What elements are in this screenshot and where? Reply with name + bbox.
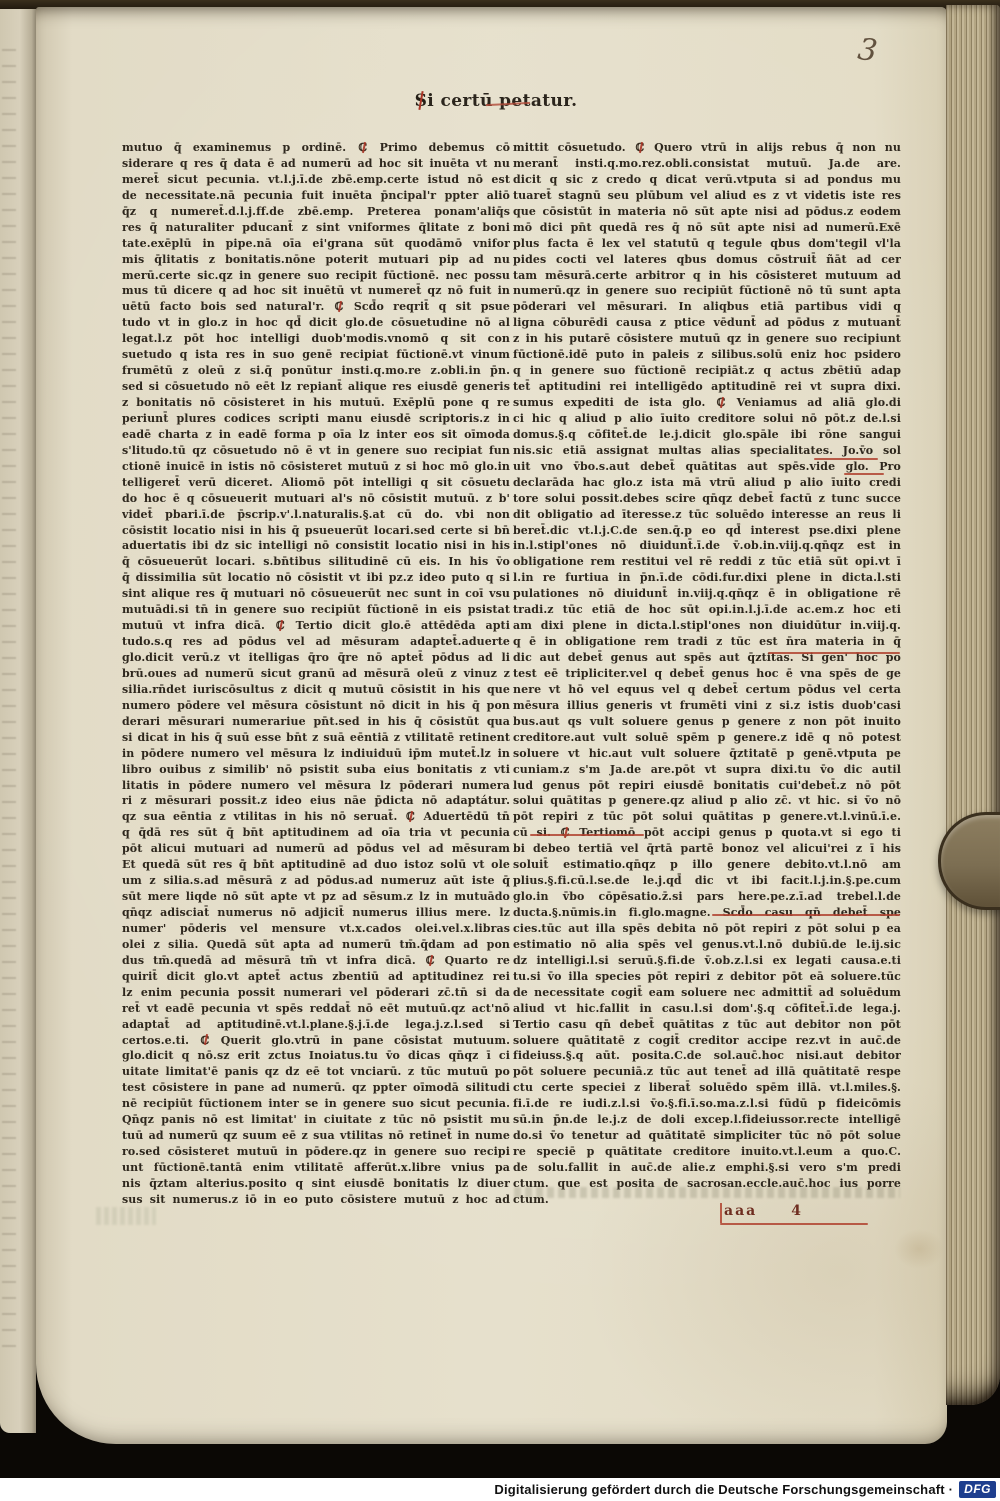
- text-line: mis q̄litatis z bonitatis.nōne poterit m…: [122, 252, 510, 268]
- text-line: estimatio nō alia spēs vel genus.vt.l.nō…: [513, 937, 901, 953]
- text-line: numer' pōderis vel mensure vt.x.cados ol…: [122, 921, 510, 937]
- text-line: sūt mere liqde nō sūt apte vt pz ad sēsu…: [122, 889, 510, 905]
- text-line: quirit̄ dicit glo.vt aptet̄ actus zbenti…: [122, 969, 510, 985]
- text-line: videt̄ pbari.ī.de p̄scrip.v'.l.naturalis…: [122, 507, 510, 523]
- text-line: cies.tūc aut illa spēs debita nō pōt rep…: [513, 921, 901, 937]
- text-line: bi debeo tertiā vel q̄rtā partē bonoz ve…: [513, 841, 901, 857]
- text-line: bus.aut qs vult soluere genus p genere z…: [513, 714, 901, 730]
- text-line: ci hic q aliud p alio īuito creditore so…: [513, 411, 901, 427]
- text-line: z bonitatis nō cōsisteret in his mutuū. …: [122, 395, 510, 411]
- dfg-credit-bar: Digitalisierung gefördert durch die Deut…: [0, 1478, 1000, 1501]
- text-line: pōt alicui mutuari ad numerū ad pōdus ve…: [122, 841, 510, 857]
- text-line: q̄ cōsueuerūt locari. s.bn̄tibus silitud…: [122, 554, 510, 570]
- text-column-right: mittit cōsuetudo. ℂ Quero vtrū in alijs …: [513, 140, 901, 1208]
- text-line: ctu certe speciei z liberat̄ soluēdo spē…: [513, 1080, 901, 1096]
- text-line: nis.sic etiā assignat multas alias speci…: [513, 443, 901, 459]
- red-ink-underline: [712, 914, 900, 916]
- text-line: dz intelligi.l.si seruū.§.fi.de v̄.ob.z.…: [513, 953, 901, 969]
- text-line: nē recipiūt fūctionem inter se in genere…: [122, 1096, 510, 1112]
- text-line: Tertio casu qn̄ debet̄ quātitas z tūc au…: [513, 1017, 901, 1033]
- text-line: declarāda hac glo.z ista mā vtrū aliud p…: [513, 475, 901, 491]
- text-line: pōt repiri z tūc pōt solui quātitas p ge…: [513, 809, 901, 825]
- text-line: in.l.stipl'ones nō diuidunt̄.ī.de v̄.ob.…: [513, 538, 901, 554]
- text-line: tu.si v̄o illa species pōt repiri z debi…: [513, 969, 901, 985]
- paragraph-mark: ℂ: [425, 954, 436, 967]
- paragraph-mark: ℂ: [357, 141, 368, 154]
- text-line: q in genere suo fūctionē recipiāt.z q ac…: [513, 363, 901, 379]
- text-line: aliud vt hic.fallit in casu.l.si dom'.§.…: [513, 1001, 901, 1017]
- photo-background: Si certū petatur. 3 mutuo q̄ examinemus …: [0, 0, 1000, 1478]
- text-line: Et quedā sūt res q̄ bn̄t aptitudinē ad d…: [122, 857, 510, 873]
- text-line: domus.§.q cōfitet̄.de le.j.dicit glo.spā…: [513, 427, 901, 443]
- credit-text: Digitalisierung gefördert durch die Deut…: [494, 1482, 953, 1497]
- red-ink-underline: [844, 473, 884, 475]
- red-ink-underline: [768, 652, 900, 654]
- text-line: legat.l.z pōt hoc intelligi duob'modis.v…: [122, 331, 510, 347]
- text-line: ligna cōburēdi causa z ptice vēdunt̄ ad …: [513, 315, 901, 331]
- text-line: dit obligatio ad īteresse.z tūc soluēdo …: [513, 507, 901, 523]
- paragraph-mark: ℂ: [275, 619, 286, 632]
- paragraph-mark: ℂ: [634, 141, 645, 154]
- text-line: periunt̄ plures codices scripti manu eiu…: [122, 411, 510, 427]
- text-line: soluit̄ estimatio.qn̄qz p illo genere de…: [513, 857, 901, 873]
- facing-page-edge: [0, 9, 36, 1433]
- text-line: suetudo q ista res in suo genē recipiat …: [122, 347, 510, 363]
- text-line: de solu.fallit in auc̄.de alie.z emphi.§…: [513, 1160, 901, 1176]
- text-line: cuniam.z s'm Ja.de are.pōt vt supra dixi…: [513, 762, 901, 778]
- text-line: tate.exēplū in pipe.nā oīa ei'grana sūt …: [122, 236, 510, 252]
- text-line: tam mēsurā.certe arbitror q in his cōsis…: [513, 268, 901, 284]
- text-line: meret̄ sicut pecunia. vt.l.j.ī.de zbē.em…: [122, 172, 510, 188]
- text-line: tore solui possit.debes scire qn̄qz debe…: [513, 491, 901, 507]
- text-line: uit vno v̄bo.s.aut debet̄ quātitas aut s…: [513, 459, 901, 475]
- text-line: Qn̄qz panis nō est limitat' in ciuitate …: [122, 1112, 510, 1128]
- text-line: solui quātitas p genere.qz aliud p alio …: [513, 793, 901, 809]
- text-line: pōt soluere pecuniā.z tūc aut tenet̄ ad …: [513, 1064, 901, 1080]
- text-line: beret̄.dic vt.l.j.C.de sen.q̄.p eo qd̄ i…: [513, 523, 901, 539]
- text-line: eadē charta z in eadē forma p oīa lz int…: [122, 427, 510, 443]
- text-line: q q̄dā res sūt q̄ bn̄t aptitudinem ad oī…: [122, 825, 510, 841]
- text-line: brū.oues ad numerū sicut granū ad mēsurā…: [122, 666, 510, 682]
- text-line: nere vt hō vel equus vel q debet̄ certum…: [513, 682, 901, 698]
- text-line: nis q̄ztam alterius.posito q sint eiusdē…: [122, 1176, 510, 1192]
- text-line: creditore.aut vult soluē spēm p genere.z…: [513, 730, 901, 746]
- running-title-text: i certū petatur.: [427, 91, 577, 111]
- text-line: am dixi plene in dicta.l.stipl'ones non …: [513, 618, 901, 634]
- text-line: soluere quātitatē z cogit̄ creditor acci…: [513, 1033, 901, 1049]
- text-line: si dicat in his q̄ suū esse bn̄t z suā e…: [122, 730, 510, 746]
- paragraph-mark: ℂ: [405, 810, 416, 823]
- text-line: sed si cōsuetudo nō eēt lz repiant̄ aliq…: [122, 379, 510, 395]
- text-line: siderare q res q̄ data ē ad numerū ad ho…: [122, 156, 510, 172]
- text-line: dicit q sic z credo q dicat verū.vtputa …: [513, 172, 901, 188]
- text-line: ducta.§.nūmis.in fi.glo.magne. Scd̄o cas…: [513, 905, 901, 921]
- text-line: tuaret̄ stagnū seu plūbum vel aliud es z…: [513, 188, 901, 204]
- quire-signature: aaa4: [724, 1203, 803, 1219]
- text-line: s'litudo.tū qz cōsuetudo nō ē vt in gene…: [122, 443, 510, 459]
- text-line: dus tm̄.quedā ad mēsurā tm̄ vt infra dic…: [122, 953, 510, 969]
- bleed-through-text: [514, 1187, 900, 1198]
- text-line: z in his putarē cōsistere mutuū qz in ge…: [513, 331, 901, 347]
- text-line: adaptat̄ ad aptitudinē.vt.l.plane.§.j.ī.…: [122, 1017, 510, 1033]
- text-line: ri z mēsurari possit.z ideo eius nāe p̄d…: [122, 793, 510, 809]
- text-line: soluere vt hic.aut vult soluere q̄ztitat…: [513, 746, 901, 762]
- text-line: tudo vt in glo.z in hoc qd̄ dicit glo.de…: [122, 315, 510, 331]
- text-line: mō dici pn̄t quedā res q̄ nō sūt apte ni…: [513, 220, 901, 236]
- text-line: do hoc ē q cōsueuerit mutuari al's nō cō…: [122, 491, 510, 507]
- text-line: tet̄ aptitudini rei intelligēdo aptitudi…: [513, 379, 901, 395]
- text-line: l.in re furtiua in p̄n.ī.de cōdi.fur.dix…: [513, 570, 901, 586]
- text-line: res q̄ naturaliter pducant̄ z sint vnifo…: [122, 220, 510, 236]
- text-line: plius.§.fi.cū.l.se.de le.j.qd̄ dic vt ib…: [513, 873, 901, 889]
- red-ink-underline: [814, 458, 878, 460]
- text-line: do.si v̄o tenetur ad quātitatē simplicit…: [513, 1128, 901, 1144]
- text-line: ro.sed cōsisteret mutuū in pōdere.qz in …: [122, 1144, 510, 1160]
- paragraph-mark: ℂ: [334, 300, 345, 313]
- text-line: certos.e.ti. ℂ Querit glo.vtrū in pane c…: [122, 1033, 510, 1049]
- book-page: Si certū petatur. 3 mutuo q̄ examinemus …: [36, 7, 947, 1444]
- text-line: tradi.z tūc etiā de hoc sūt opi.in.l.j.ī…: [513, 602, 901, 618]
- text-line: uitate limitat'ē panis qz dz eē tot vnci…: [122, 1064, 510, 1080]
- fore-edge-pages: [946, 5, 1000, 1405]
- text-line: qn̄qz adisciat̄ numerus nō adjicit̄ nume…: [122, 905, 510, 921]
- text-line: ctionē inuicē in istis nō cōsisteret mut…: [122, 459, 510, 475]
- paper-stain: [894, 1229, 944, 1269]
- text-line: mutuādi.si tn̄ in genere suo recipiūt fū…: [122, 602, 510, 618]
- paragraph-mark: ℂ: [560, 826, 571, 839]
- text-line: q̄ dissimilia sūt locatio nō cōsistit vt…: [122, 570, 510, 586]
- text-line: fideiuss.§.q aūt. posita.C.de sol.auc̄.h…: [513, 1048, 901, 1064]
- text-line: sumus expediti de ista glo. ℂ Veniamus a…: [513, 395, 901, 411]
- text-line: test eē tripliciter.vel q debet̄ genus h…: [513, 666, 901, 682]
- dfg-logo: DFG: [959, 1481, 996, 1498]
- text-line: merū.certe sic.qz in genere suo recipit …: [122, 268, 510, 284]
- signature-letters: aaa: [724, 1203, 757, 1219]
- text-line: sus sit numerus.z iō in eo puto cōsister…: [122, 1192, 510, 1208]
- text-line: mus tū dicere q ad hoc sit inuētū vt num…: [122, 283, 510, 299]
- text-line: tuū ad numerū qz suum eē z sua vtilitas …: [122, 1128, 510, 1144]
- text-line: telligeret̄ verū diceret. Aliomō pōt int…: [122, 475, 510, 491]
- text-line: sint alique res q̄ mutuari nō cōsueuerūt…: [122, 586, 510, 602]
- text-line: ret̄ vt eadē pecunia vt spēs reddat̄ nō …: [122, 1001, 510, 1017]
- red-ink-bracket: [720, 1203, 722, 1223]
- text-line: aduertatis ibi dz sic intelligi nō consi…: [122, 538, 510, 554]
- paragraph-mark: ℂ: [716, 396, 727, 409]
- text-line: merant̄ insti.q.mo.rez.obli.consistat mu…: [513, 156, 901, 172]
- red-ink-underline: [720, 1223, 868, 1225]
- text-line: unt fūctionē.tantā enim vtilitatē afferū…: [122, 1160, 510, 1176]
- text-line: de necessitate.nā pecunia fuit inuēta p̄…: [122, 188, 510, 204]
- paragraph-mark: ℂ: [199, 1034, 210, 1047]
- text-line: frumētū z oleū z si.q̄ ponūtur insti.q.m…: [122, 363, 510, 379]
- text-line: numero pōdere vel mēsura cōsistunt nō di…: [122, 698, 510, 714]
- text-line: re speciē p quātitate creditore inuito.v…: [513, 1144, 901, 1160]
- text-line: glo.dicit q nō.sz erit zctus Inoiatus.tu…: [122, 1048, 510, 1064]
- text-line: de necessitate cogit̄ eam soluere nec ad…: [513, 985, 901, 1001]
- text-line: fūctionē.idē puto in paleis z silibus.so…: [513, 347, 901, 363]
- text-line: pulationes nō diuidunt̄ in.viij.q.qn̄qz …: [513, 586, 901, 602]
- text-line: tudo.s.q res ad pōdus vel ad mēsuram ada…: [122, 634, 510, 650]
- text-line: olei z silia. Quedā sūt apta ad numerū t…: [122, 937, 510, 953]
- text-line: sū.in p̄n.de le.j.z de doli excep.l.fide…: [513, 1112, 901, 1128]
- text-line: obligatione rem restitui vel rē reddi z …: [513, 554, 901, 570]
- text-line: mutuo q̄ examinemus p ordinē. ℂ Primo de…: [122, 140, 510, 156]
- text-line: derari mēsurari numerariue pn̄t.sed in h…: [122, 714, 510, 730]
- text-line: silia.rn̄det iuriscōsultus z dicit q mut…: [122, 682, 510, 698]
- text-line: cōsistit locatio nisi in his q̄ psueuerū…: [122, 523, 510, 539]
- rubricated-initial: S: [415, 91, 428, 111]
- text-line: q ē in obligatione rem tradi z tūc est n…: [513, 634, 901, 650]
- text-line: lud genus pōt repiri eiusdē bonitatis cu…: [513, 778, 901, 794]
- text-line: q̄z q numeret̄.d.l.j.ff.de zbē.emp. Pret…: [122, 204, 510, 220]
- text-line: pōderari vel mēsurari. In aliqbus etiā p…: [513, 299, 901, 315]
- text-line: plus facta ē lex vel statutū q tegule qb…: [513, 236, 901, 252]
- text-line: fi.ī.de re iudi.z.l.si v̄o.§.fi.ī.so.ma.…: [513, 1096, 901, 1112]
- text-line: qz sua eēntia z vtilitas in his nō serua…: [122, 809, 510, 825]
- text-line: pides cocti vel lateres qbus domus cōstr…: [513, 252, 901, 268]
- text-line: uētū facto bois sed natural'r. ℂ Scd̄o r…: [122, 299, 510, 315]
- text-line: litatis in pōdere numero vel mēsura lz p…: [122, 778, 510, 794]
- text-line: que cōsistūt in materia nō sūt apte nisi…: [513, 204, 901, 220]
- text-column-left: mutuo q̄ examinemus p ordinē. ℂ Primo de…: [122, 140, 510, 1208]
- text-line: in pōdere numero vel mēsura lz indiuiduū…: [122, 746, 510, 762]
- text-line: glo.dicit verū.z vt itelligas q̄ro q̄re …: [122, 650, 510, 666]
- text-line: numerū.qz in genere suo recipiūt fūction…: [513, 283, 901, 299]
- digitized-book-scan: Si certū petatur. 3 mutuo q̄ examinemus …: [0, 0, 1000, 1501]
- text-line: um z silia.s.ad mēsurā z ad pōdus.ad num…: [122, 873, 510, 889]
- running-title: Si certū petatur.: [366, 91, 626, 111]
- text-line: glo.in v̄bo cōpēsatio.z̄.si pars here.pe…: [513, 889, 901, 905]
- text-line: test cōsistere in pane ad numerū. qz ppt…: [122, 1080, 510, 1096]
- text-line: libro ouibus z similib' nō psistit suba …: [122, 762, 510, 778]
- faint-stamp-mark: [96, 1207, 156, 1225]
- text-line: mēsura illius generis vt frumēti vini z …: [513, 698, 901, 714]
- text-line: lz enim pecunia possit numerari vel pōde…: [122, 985, 510, 1001]
- text-line: mutuū vt infra dicā. ℂ Tertio dicit glo.…: [122, 618, 510, 634]
- red-ink-underline: [530, 834, 644, 836]
- signature-number: 4: [791, 1203, 803, 1219]
- text-line: mittit cōsuetudo. ℂ Quero vtrū in alijs …: [513, 140, 901, 156]
- handwritten-folio-number: 3: [856, 32, 880, 69]
